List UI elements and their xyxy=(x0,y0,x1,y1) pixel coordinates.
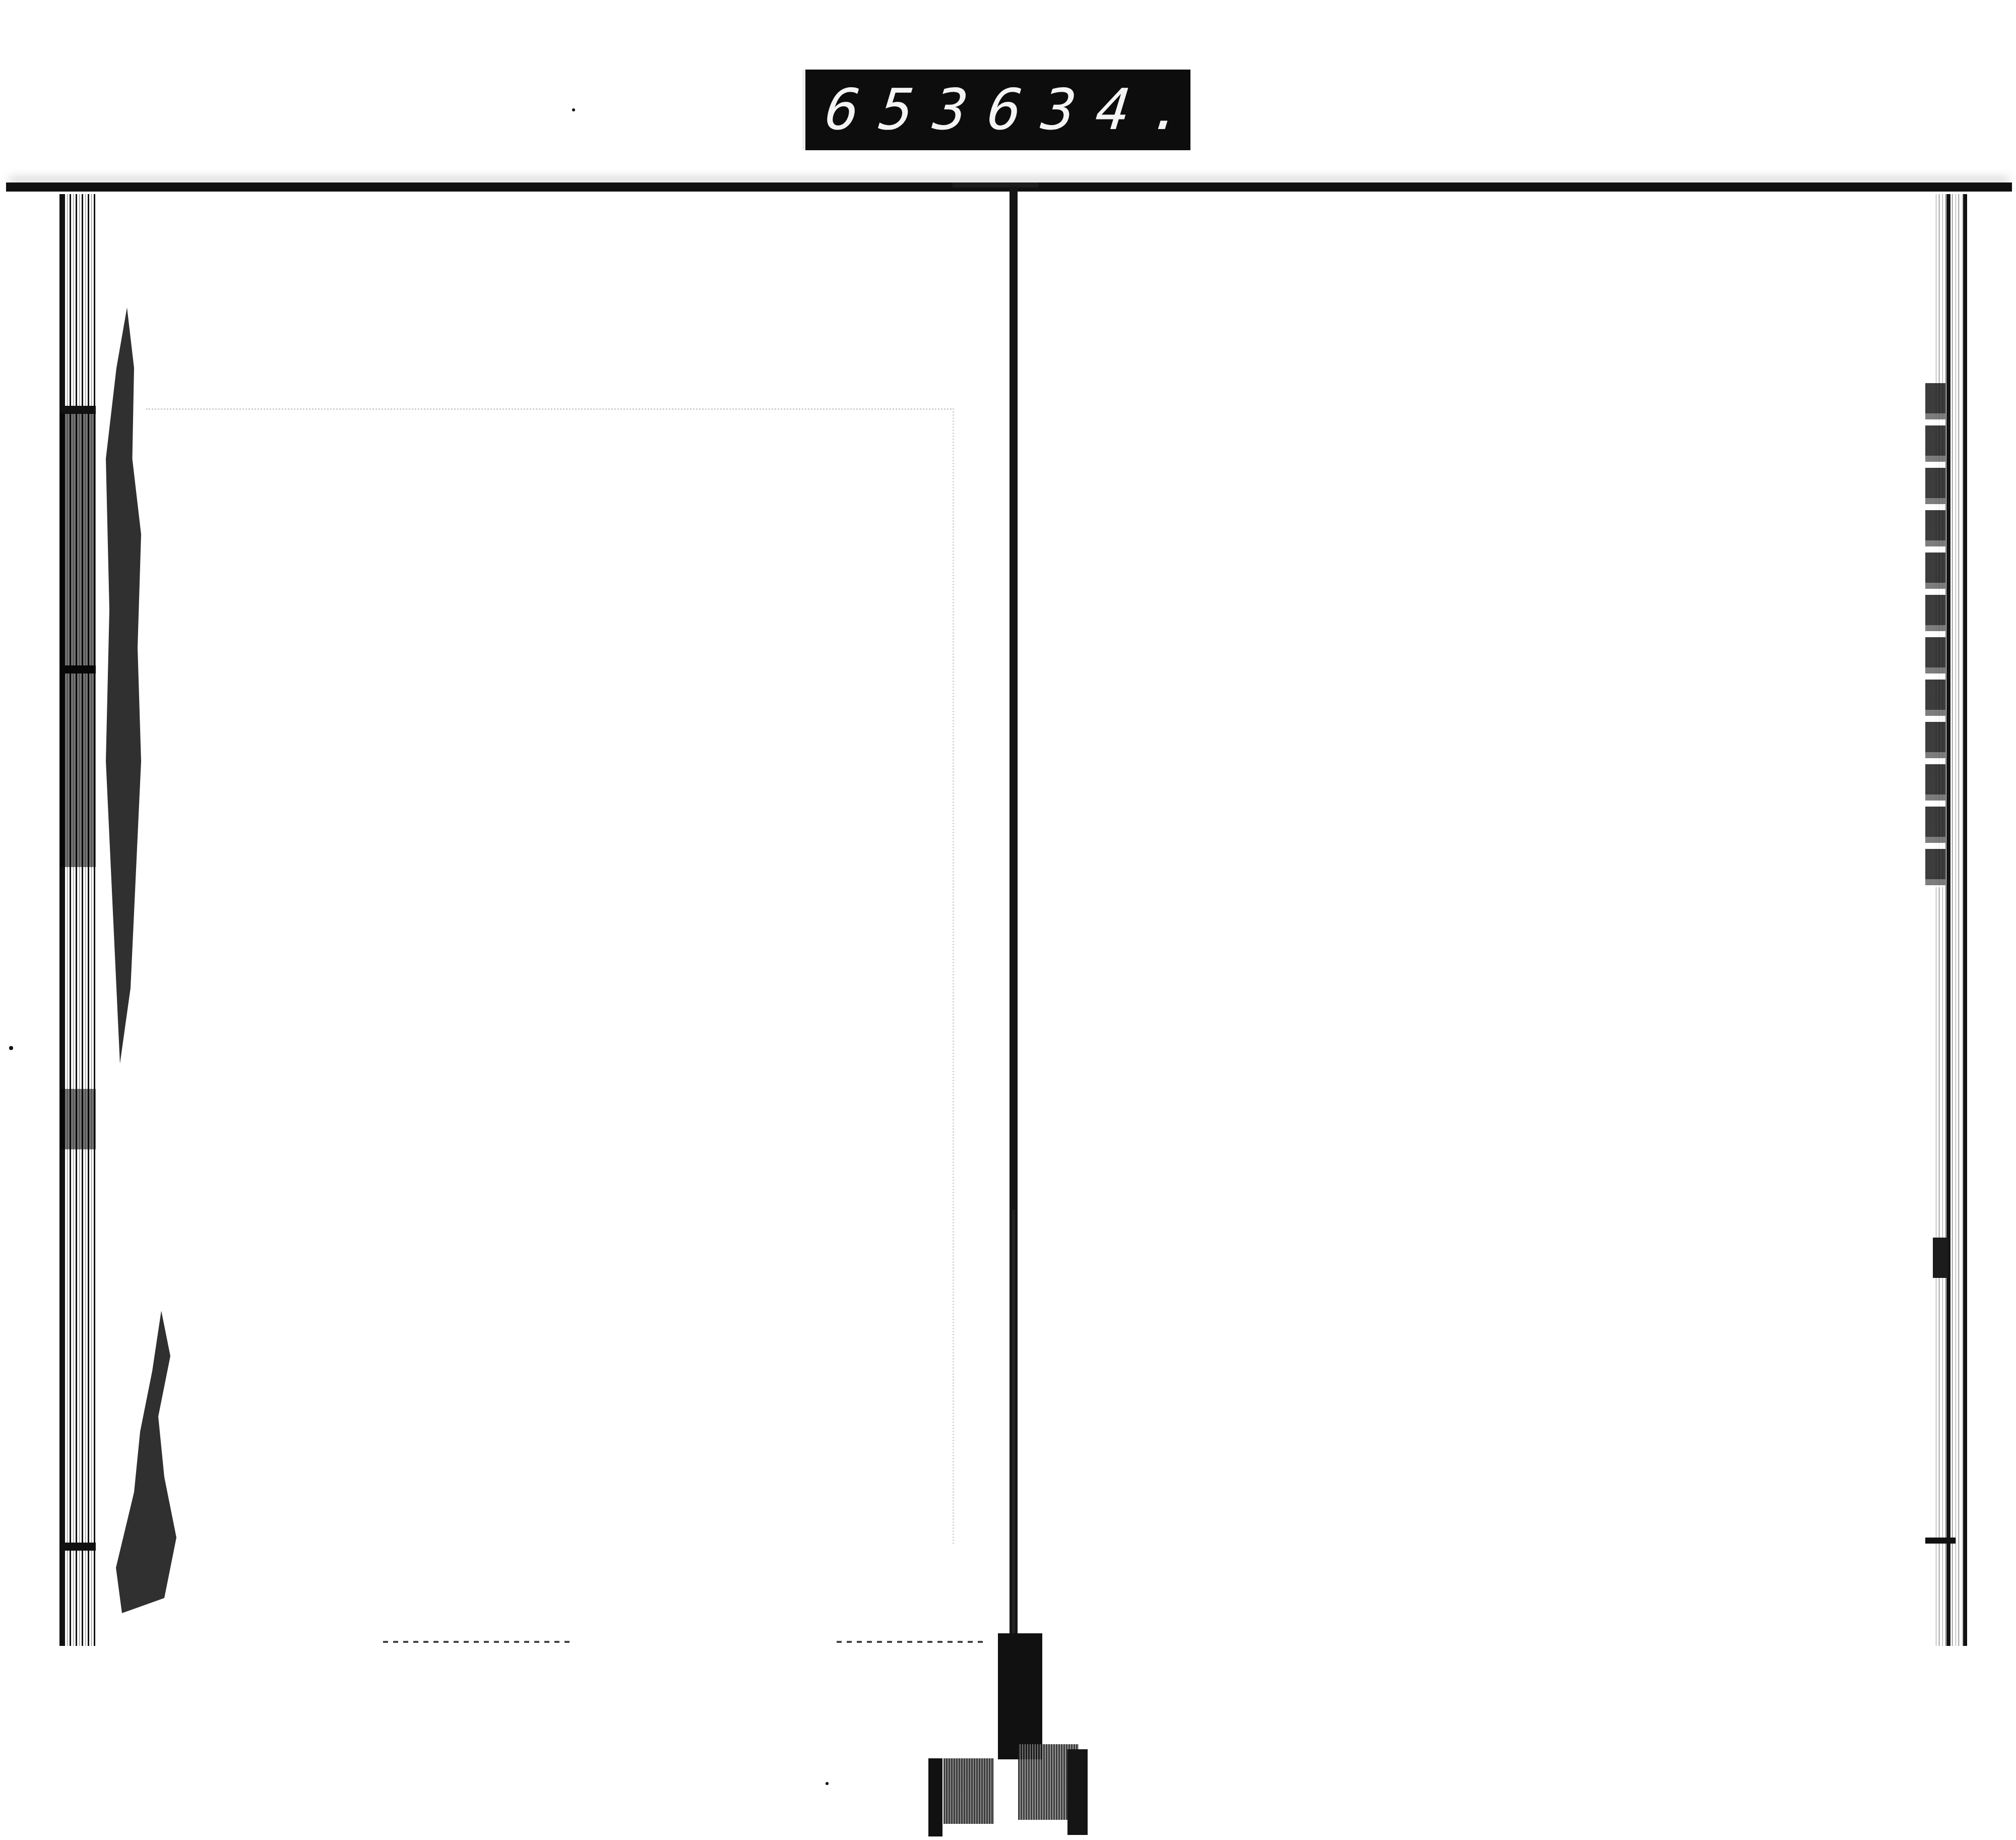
scan-speck xyxy=(9,1046,13,1050)
right-page xyxy=(1018,192,1930,1648)
scan-speck xyxy=(826,1782,829,1785)
bottom-edge-dash xyxy=(383,1641,575,1643)
frame-counter-plate: 653 634. xyxy=(802,70,1190,150)
left-edge-band xyxy=(60,1543,96,1551)
faint-print-through-frame xyxy=(146,408,954,1544)
right-margin-mark xyxy=(1933,1238,1948,1278)
left-edge-band xyxy=(60,406,96,414)
spine-holder-foot-right xyxy=(1067,1749,1088,1835)
left-edge-dark-region xyxy=(60,413,96,867)
right-edge-line xyxy=(1946,194,1950,1646)
scan-speck xyxy=(572,108,575,111)
right-edge-band xyxy=(1925,1538,1956,1544)
bottom-edge-dash xyxy=(837,1641,988,1643)
left-edge-dark-region xyxy=(60,1089,96,1149)
frame-number-right: 634. xyxy=(984,77,1208,143)
spine-holder-block xyxy=(998,1633,1042,1759)
spine-holder-foot-left xyxy=(928,1758,942,1836)
book-spine-lower xyxy=(1012,1210,1015,1664)
right-margin-vertical-text xyxy=(1925,383,1945,887)
book-top-edge-center xyxy=(953,182,1038,188)
spine-holder-foot-left-shadow xyxy=(943,1758,994,1824)
frame-number-left: 653 xyxy=(822,77,991,143)
